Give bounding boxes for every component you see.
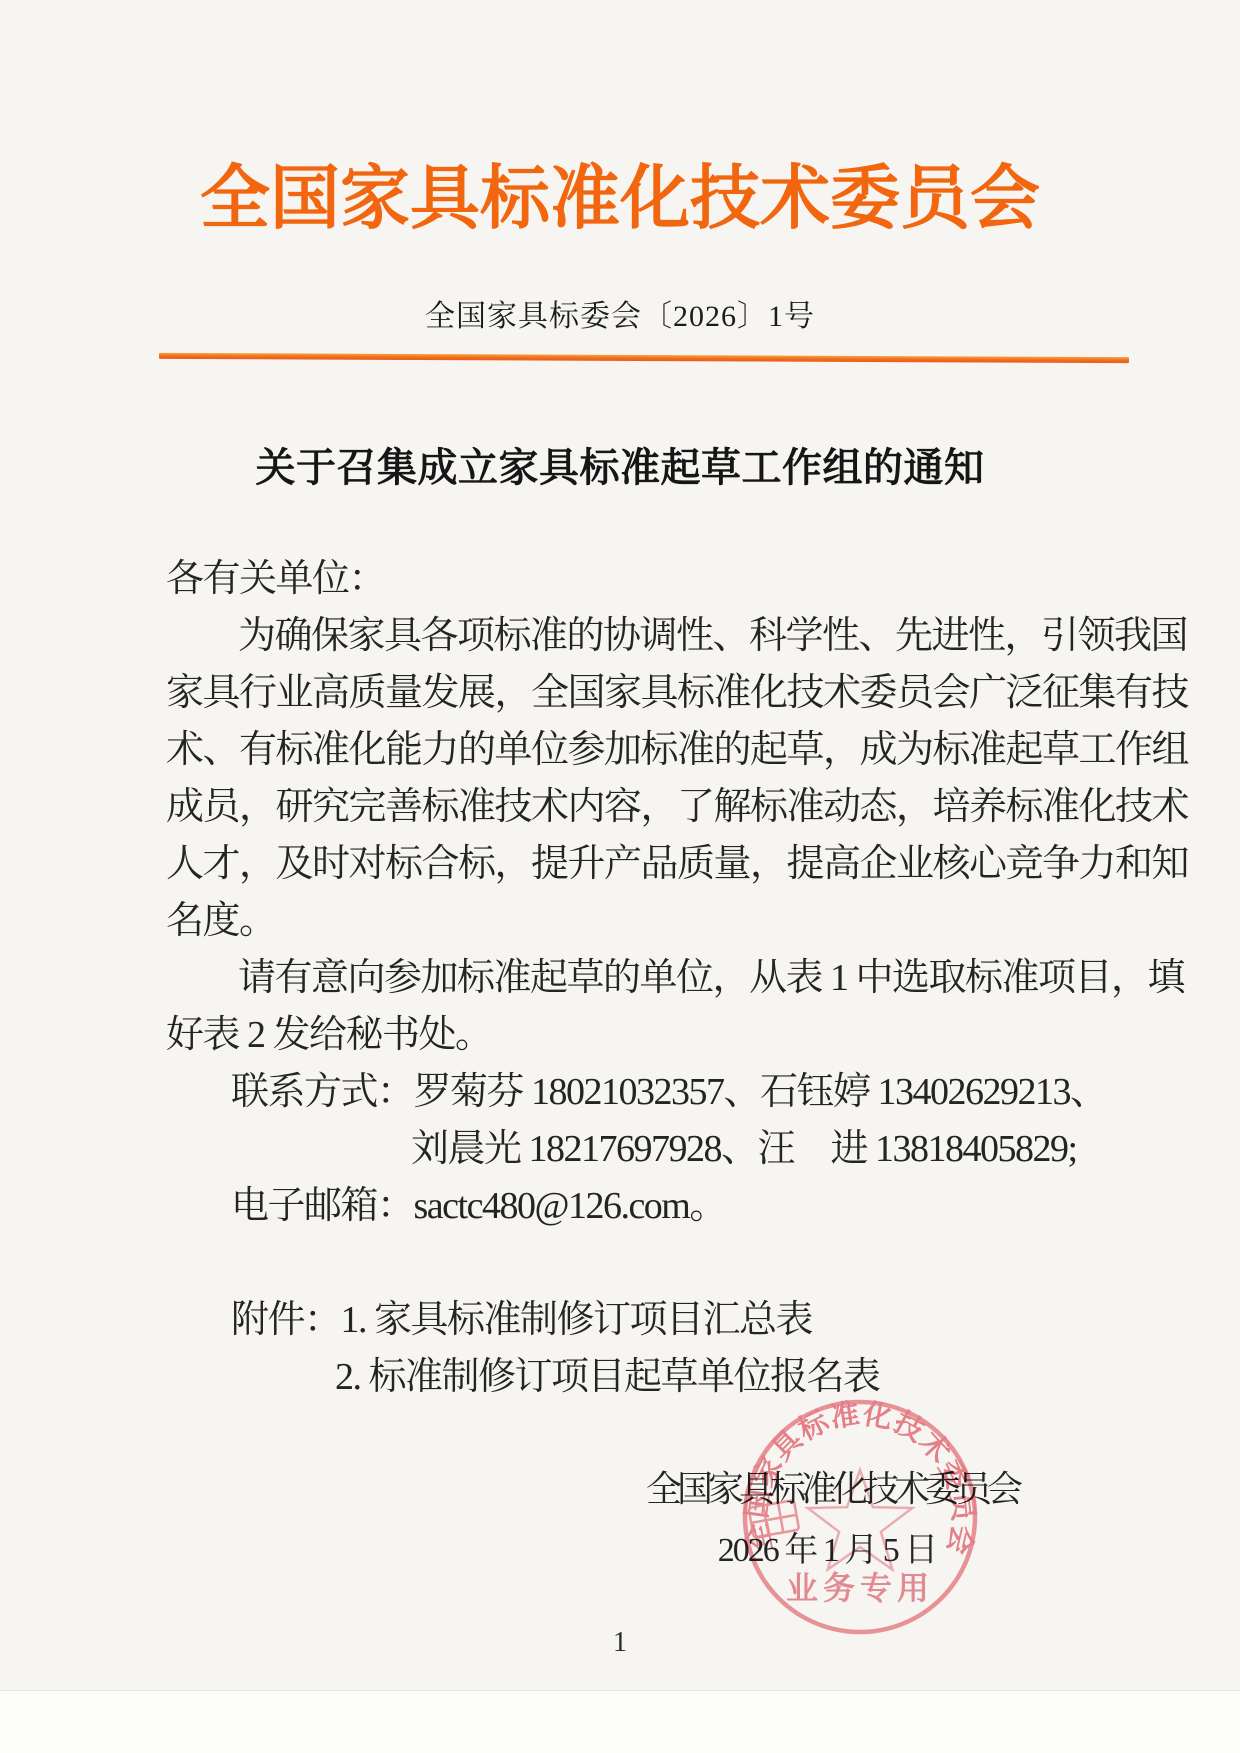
contact-line: 刘晨光 18217697928、汪 进 13818405829; <box>411 1121 1116 1178</box>
doc-number: 全国家具标委会〔2026〕1号 <box>0 291 1240 335</box>
body-text: 各有关单位： 为确保家具各项标准的协调性、科学性、先进性，引领我国 家具行业高质… <box>166 551 1116 1406</box>
red-header-rule <box>159 353 1129 363</box>
body-line: 好表 2 发给秘书处。 <box>166 1007 1116 1064</box>
contact-line: 联系方式：罗菊芬 18021032357、石钰婷 13402629213、 <box>231 1064 1116 1121</box>
body-line: 成员，研究完善标准技术内容，了解标准动态，培养标准化技术 <box>166 779 1116 836</box>
body-line: 人才，及时对标合标，提升产品质量，提高企业核心竞争力和知 <box>166 836 1116 893</box>
official-seal-stamp: 全国家具标准化技术委员会 业务专用 <box>735 1392 985 1642</box>
seal-star-icon <box>808 1470 913 1570</box>
document-page: 全国家具标准化技术委员会 全国家具标委会〔2026〕1号 关于召集成立家具标准起… <box>0 0 1240 1753</box>
blank-line <box>166 1235 1116 1292</box>
org-title: 全国家具标准化技术委员会 <box>0 142 1240 243</box>
body-line: 请有意向参加标准起草的单位，从表 1 中选取标准项目，填 <box>238 950 1116 1007</box>
scan-page-edge <box>0 1690 1240 1753</box>
body-line: 家具行业高质量发展，全国家具标准化技术委员会广泛征集有技 <box>166 665 1116 722</box>
email-line: 电子邮箱：sactc480@126.com。 <box>231 1178 1116 1235</box>
attachment-line-2: 2. 标准制修订项目起草单位报名表 <box>335 1349 1116 1406</box>
page-number: 1 <box>0 1627 1240 1659</box>
seal-bottom-label: 业务专用 <box>786 1570 934 1606</box>
body-line: 为确保家具各项标准的协调性、科学性、先进性，引领我国 <box>238 608 1116 665</box>
document-subject-title: 关于召集成立家具标准起草工作组的通知 <box>0 436 1240 493</box>
salutation-line: 各有关单位： <box>166 551 1116 608</box>
body-line: 名度。 <box>166 893 1116 950</box>
attachment-line-1: 附件：1. 家具标准制修订项目汇总表 <box>231 1292 1116 1349</box>
body-line: 术、有标准化能力的单位参加标准的起草，成为标准起草工作组 <box>166 722 1116 779</box>
